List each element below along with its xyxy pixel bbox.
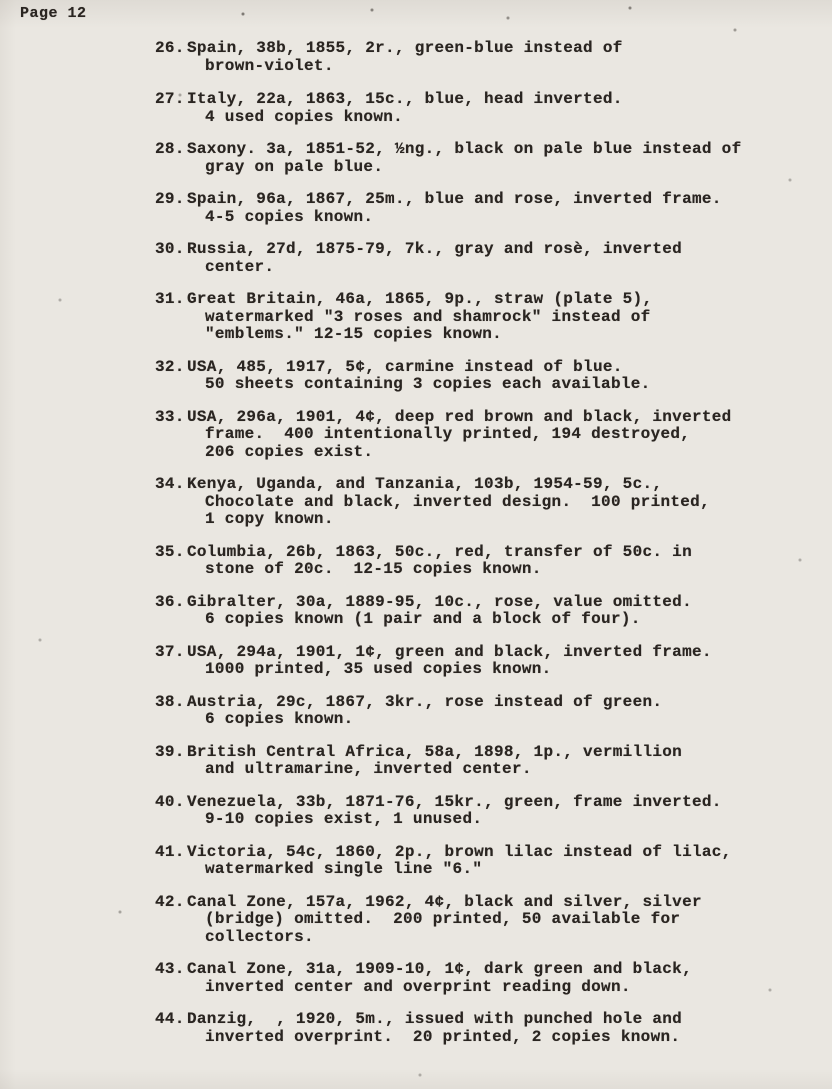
item-first-line: USA, 485, 1917, 5¢, carmine instead of b…	[187, 359, 805, 377]
list-item: 44. Danzig, , 1920, 5m., issued with pun…	[155, 1011, 805, 1046]
list-item: 38. Austria, 29c, 1867, 3kr., rose inste…	[155, 694, 805, 729]
item-continuation-lines: 6 copies known.	[205, 711, 805, 729]
item-continuation-lines: and ultramarine, inverted center.	[205, 761, 805, 779]
item-continuation-lines: watermarked "3 roses and shamrock" inste…	[205, 309, 805, 344]
item-continuation-lines: inverted overprint. 20 printed, 2 copies…	[205, 1029, 805, 1047]
item-number: 28.	[155, 141, 185, 159]
item-number: 42.	[155, 894, 185, 912]
item-first-line: Venezuela, 33b, 1871-76, 15kr., green, f…	[187, 794, 805, 812]
item-number: 34.	[155, 476, 185, 494]
item-number: 44.	[155, 1011, 185, 1029]
list-item: 28. Saxony. 3a, 1851-52, ½ng., black on …	[155, 141, 805, 176]
item-continuation-lines: 1000 printed, 35 used copies known.	[205, 661, 805, 679]
item-number: 36.	[155, 594, 185, 612]
item-first-line: Italy, 22a, 1863, 15c., blue, head inver…	[187, 91, 805, 109]
list-item: 36. Gibralter, 30a, 1889-95, 10c., rose,…	[155, 594, 805, 629]
item-first-line: Kenya, Uganda, and Tanzania, 103b, 1954-…	[187, 476, 805, 494]
list-item: 43. Canal Zone, 31a, 1909-10, 1¢, dark g…	[155, 961, 805, 996]
scanned-document-page: Page 12 26. Spain, 38b, 1855, 2r., green…	[0, 0, 832, 1089]
item-number: 43.	[155, 961, 185, 979]
item-first-line: Austria, 29c, 1867, 3kr., rose instead o…	[187, 694, 805, 712]
item-first-line: Canal Zone, 31a, 1909-10, 1¢, dark green…	[187, 961, 805, 979]
item-first-line: Spain, 38b, 1855, 2r., green-blue instea…	[187, 40, 805, 58]
item-continuation-lines: brown-violet.	[205, 58, 805, 76]
item-continuation-lines: 6 copies known (1 pair and a block of fo…	[205, 611, 805, 629]
stamp-error-list: 26. Spain, 38b, 1855, 2r., green-blue in…	[155, 40, 805, 1061]
item-continuation-lines: 9-10 copies exist, 1 unused.	[205, 811, 805, 829]
item-continuation-lines: center.	[205, 259, 805, 277]
item-first-line: Canal Zone, 157a, 1962, 4¢, black and si…	[187, 894, 805, 912]
list-item: 41. Victoria, 54c, 1860, 2p., brown lila…	[155, 844, 805, 879]
item-first-line: Great Britain, 46a, 1865, 9p., straw (pl…	[187, 291, 805, 309]
item-continuation-lines: Chocolate and black, inverted design. 10…	[205, 494, 805, 529]
list-item: 39. British Central Africa, 58a, 1898, 1…	[155, 744, 805, 779]
item-number: 35.	[155, 544, 185, 562]
list-item: 26. Spain, 38b, 1855, 2r., green-blue in…	[155, 40, 805, 75]
list-item: 35. Columbia, 26b, 1863, 50c., red, tran…	[155, 544, 805, 579]
item-continuation-lines: stone of 20c. 12-15 copies known.	[205, 561, 805, 579]
list-item: 40. Venezuela, 33b, 1871-76, 15kr., gree…	[155, 794, 805, 829]
item-first-line: Danzig, , 1920, 5m., issued with punched…	[187, 1011, 805, 1029]
item-continuation-lines: 4-5 copies known.	[205, 209, 805, 227]
item-continuation-lines: (bridge) omitted. 200 printed, 50 availa…	[205, 911, 805, 946]
item-continuation-lines: inverted center and overprint reading do…	[205, 979, 805, 997]
item-first-line: USA, 296a, 1901, 4¢, deep red brown and …	[187, 409, 805, 427]
item-continuation-lines: frame. 400 intentionally printed, 194 de…	[205, 426, 805, 461]
page-number-label: Page 12	[20, 5, 87, 22]
item-first-line: British Central Africa, 58a, 1898, 1p., …	[187, 744, 805, 762]
list-item: 37. USA, 294a, 1901, 1¢, green and black…	[155, 644, 805, 679]
list-item: 32. USA, 485, 1917, 5¢, carmine instead …	[155, 359, 805, 394]
item-number: 31.	[155, 291, 185, 309]
list-item: 31. Great Britain, 46a, 1865, 9p., straw…	[155, 291, 805, 344]
item-number: 37.	[155, 644, 185, 662]
item-continuation-lines: watermarked single line "6."	[205, 861, 805, 879]
item-number: 27.	[155, 91, 185, 109]
item-first-line: Columbia, 26b, 1863, 50c., red, transfer…	[187, 544, 805, 562]
item-number: 29.	[155, 191, 185, 209]
item-first-line: Saxony. 3a, 1851-52, ½ng., black on pale…	[187, 141, 805, 159]
list-item: 29. Spain, 96a, 1867, 25m., blue and ros…	[155, 191, 805, 226]
item-number: 38.	[155, 694, 185, 712]
list-item: 27. Italy, 22a, 1863, 15c., blue, head i…	[155, 91, 805, 126]
item-number: 26.	[155, 40, 185, 58]
item-number: 32.	[155, 359, 185, 377]
item-number: 30.	[155, 241, 185, 259]
item-continuation-lines: 50 sheets containing 3 copies each avail…	[205, 376, 805, 394]
item-first-line: Victoria, 54c, 1860, 2p., brown lilac in…	[187, 844, 805, 862]
item-first-line: Spain, 96a, 1867, 25m., blue and rose, i…	[187, 191, 805, 209]
item-continuation-lines: 4 used copies known.	[205, 109, 805, 127]
list-item: 34. Kenya, Uganda, and Tanzania, 103b, 1…	[155, 476, 805, 529]
item-first-line: Gibralter, 30a, 1889-95, 10c., rose, val…	[187, 594, 805, 612]
item-first-line: Russia, 27d, 1875-79, 7k., gray and rosè…	[187, 241, 805, 259]
item-number: 41.	[155, 844, 185, 862]
item-continuation-lines: gray on pale blue.	[205, 159, 805, 177]
item-number: 40.	[155, 794, 185, 812]
list-item: 30. Russia, 27d, 1875-79, 7k., gray and …	[155, 241, 805, 276]
item-number: 39.	[155, 744, 185, 762]
item-first-line: USA, 294a, 1901, 1¢, green and black, in…	[187, 644, 805, 662]
list-item: 42. Canal Zone, 157a, 1962, 4¢, black an…	[155, 894, 805, 947]
item-number: 33.	[155, 409, 185, 427]
list-item: 33. USA, 296a, 1901, 4¢, deep red brown …	[155, 409, 805, 462]
